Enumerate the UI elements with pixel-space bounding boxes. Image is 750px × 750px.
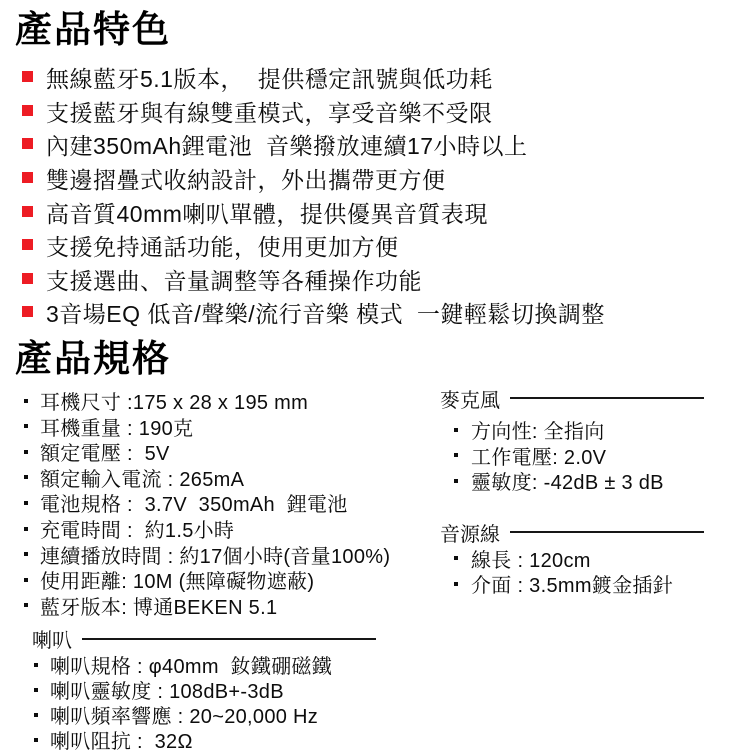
features-title: 產品特色 [15, 8, 750, 52]
spec-row: 喇叭頻率響應 : 20~20,000 Hz [32, 702, 380, 727]
feature-item: 3音場EQ 低音/聲樂/流行音樂 模式 一鍵輕鬆切換調整 [22, 296, 750, 330]
microphone-section-title: 麥克風 [440, 384, 500, 413]
dot-bullet-icon [454, 556, 458, 560]
red-square-bullet-icon [22, 138, 33, 149]
dot-bullet-icon [24, 501, 28, 505]
dot-bullet-icon [24, 399, 28, 403]
feature-item: 雙邊摺疊式收納設計，外出攜帶更方便 [22, 162, 750, 196]
dot-bullet-icon [24, 450, 28, 454]
spec-row: 工作電壓: 2.0V [440, 442, 708, 468]
specs-title: 產品規格 [15, 337, 750, 381]
feature-text: 支援藍牙與有線雙重模式，享受音樂不受限 [46, 95, 493, 128]
dot-bullet-icon [24, 424, 28, 428]
dot-bullet-icon [34, 688, 38, 692]
dot-bullet-icon [454, 582, 458, 586]
feature-item: 無線藍牙5.1版本， 提供穩定訊號與低功耗 [22, 61, 750, 95]
feature-text: 支援免持通話功能，使用更加方便 [46, 229, 399, 262]
spec-row: 方向性: 全指向 [440, 417, 708, 443]
dot-bullet-icon [24, 578, 28, 582]
dot-bullet-icon [34, 713, 38, 717]
red-square-bullet-icon [22, 172, 33, 183]
feature-item: 支援藍牙與有線雙重模式，享受音樂不受限 [22, 95, 750, 129]
specs-body: 耳機尺寸 :175 x 28 x 195 mm 耳機重量 : 190克 額定電壓… [0, 388, 750, 748]
feature-text: 3音場EQ 低音/聲樂/流行音樂 模式 一鍵輕鬆切換調整 [46, 296, 605, 329]
spec-row: 介面 : 3.5mm鍍金插針 [440, 571, 708, 597]
cable-section-header: 音源線 [440, 519, 708, 546]
section-rule [82, 638, 376, 640]
feature-item: 支援選曲、音量調整等各種操作功能 [22, 263, 750, 297]
spec-text: 介面 : 3.5mm鍍金插針 [471, 569, 673, 598]
dot-bullet-icon [24, 603, 28, 607]
spec-row: 使用距離: 10M (無障礙物遮蔽) [18, 567, 436, 593]
spec-row: 喇叭靈敏度 : 108dB+-3dB [32, 677, 380, 702]
section-rule [510, 531, 704, 533]
spec-text: 喇叭阻抗 : 32Ω [50, 725, 193, 750]
spec-row: 額定輸入電流 : 265mA [18, 465, 436, 491]
speaker-section: 喇叭 喇叭規格 : φ40mm 釹鐵硼磁鐵 喇叭靈敏度 : 108dB+-3dB… [32, 625, 380, 750]
spec-row: 電池規格 : 3.7V 350mAh 鋰電池 [18, 490, 436, 516]
dot-bullet-icon [24, 475, 28, 479]
spec-row: 藍牙版本: 博通BEKEN 5.1 [18, 593, 436, 619]
specs-left-column: 耳機尺寸 :175 x 28 x 195 mm 耳機重量 : 190克 額定電壓… [18, 388, 436, 750]
red-square-bullet-icon [22, 239, 33, 250]
dot-bullet-icon [34, 663, 38, 667]
spec-text: 靈敏度: -42dB ± 3 dB [471, 466, 664, 495]
feature-text: 無線藍牙5.1版本， 提供穩定訊號與低功耗 [46, 61, 493, 94]
microphone-section-header: 麥克風 [440, 385, 708, 412]
spec-row: 耳機尺寸 :175 x 28 x 195 mm [18, 388, 436, 414]
feature-text: 雙邊摺疊式收納設計，外出攜帶更方便 [46, 162, 446, 195]
product-spec-sheet: 產品特色 無線藍牙5.1版本， 提供穩定訊號與低功耗 支援藍牙與有線雙重模式，享… [0, 0, 750, 750]
feature-text: 支援選曲、音量調整等各種操作功能 [46, 263, 422, 296]
red-square-bullet-icon [22, 206, 33, 217]
features-list: 無線藍牙5.1版本， 提供穩定訊號與低功耗 支援藍牙與有線雙重模式，享受音樂不受… [22, 61, 750, 330]
red-square-bullet-icon [22, 306, 33, 317]
spec-row: 靈敏度: -42dB ± 3 dB [440, 468, 708, 494]
dot-bullet-icon [454, 453, 458, 457]
dot-bullet-icon [454, 479, 458, 483]
feature-item: 內建350mAh鋰電池 音樂撥放連續17小時以上 [22, 128, 750, 162]
red-square-bullet-icon [22, 105, 33, 116]
spec-row: 額定電壓 : 5V [18, 439, 436, 465]
dot-bullet-icon [24, 527, 28, 531]
spec-row: 連續播放時間 : 約17個小時(音量100%) [18, 541, 436, 567]
dot-bullet-icon [34, 738, 38, 742]
dot-bullet-icon [24, 552, 28, 556]
speaker-section-header: 喇叭 [32, 625, 380, 652]
spec-row: 充電時間 : 約1.5小時 [18, 516, 436, 542]
section-rule [510, 397, 704, 399]
speaker-section-title: 喇叭 [32, 624, 72, 653]
feature-text: 內建350mAh鋰電池 音樂撥放連續17小時以上 [46, 128, 528, 161]
feature-text: 高音質40mm喇叭單體，提供優異音質表現 [46, 196, 488, 229]
spec-row: 耳機重量 : 190克 [18, 413, 436, 439]
spec-text: 藍牙版本: 博通BEKEN 5.1 [40, 591, 277, 620]
spec-row: 喇叭規格 : φ40mm 釹鐵硼磁鐵 [32, 652, 380, 677]
spec-row: 線長 : 120cm [440, 546, 708, 572]
feature-item: 高音質40mm喇叭單體，提供優異音質表現 [22, 195, 750, 229]
specs-right-column: 麥克風 方向性: 全指向 工作電壓: 2.0V 靈敏度: -42dB ± 3 d… [440, 385, 708, 597]
spec-row: 喇叭阻抗 : 32Ω [32, 727, 380, 750]
feature-item: 支援免持通話功能，使用更加方便 [22, 229, 750, 263]
cable-section-title: 音源線 [440, 518, 500, 547]
red-square-bullet-icon [22, 273, 33, 284]
dot-bullet-icon [454, 428, 458, 432]
red-square-bullet-icon [22, 71, 33, 82]
